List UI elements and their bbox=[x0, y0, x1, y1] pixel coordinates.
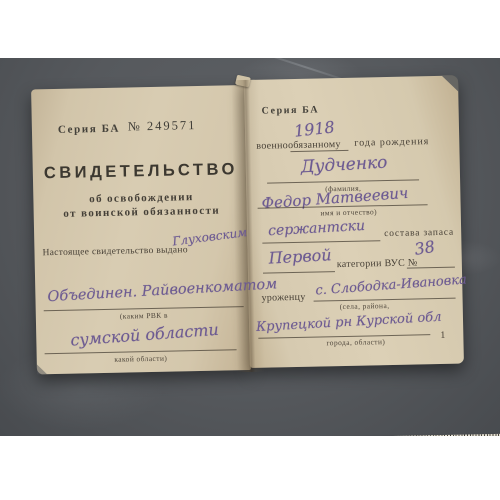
photo-frame: Серия БА № 249571 СВИДЕТЕЛЬСТВО об освоб… bbox=[0, 0, 500, 500]
certificate-document: Серия БА № 249571 СВИДЕТЕЛЬСТВО об освоб… bbox=[31, 76, 463, 377]
birthplace-sublabel: (села, района, bbox=[340, 301, 390, 311]
ruler: мм 0102030405060708090100110120130140150… bbox=[0, 434, 500, 436]
certificate-number: № 249571 bbox=[128, 118, 197, 134]
ruler-ticks-10mm bbox=[24, 434, 500, 436]
page-number: 1 bbox=[440, 330, 445, 341]
series-label-right: Серия БА bbox=[261, 104, 319, 116]
reserve-label: состава запаса bbox=[384, 228, 454, 239]
category-label: категории ВУС № bbox=[337, 257, 418, 270]
line1-suffix: года рождения bbox=[354, 136, 429, 149]
category-handwriting: Первой bbox=[268, 245, 332, 267]
photo-background: Серия БА № 249571 СВИДЕТЕЛЬСТВО об освоб… bbox=[0, 58, 500, 436]
page-corner-wear bbox=[37, 364, 47, 374]
page-corner-fold bbox=[442, 76, 458, 92]
born-label: уроженцу bbox=[261, 292, 305, 304]
series-label-left: Серия БА bbox=[58, 123, 120, 136]
vus-number-handwriting: 38 bbox=[413, 237, 436, 259]
region-label: города, области) bbox=[326, 337, 385, 347]
